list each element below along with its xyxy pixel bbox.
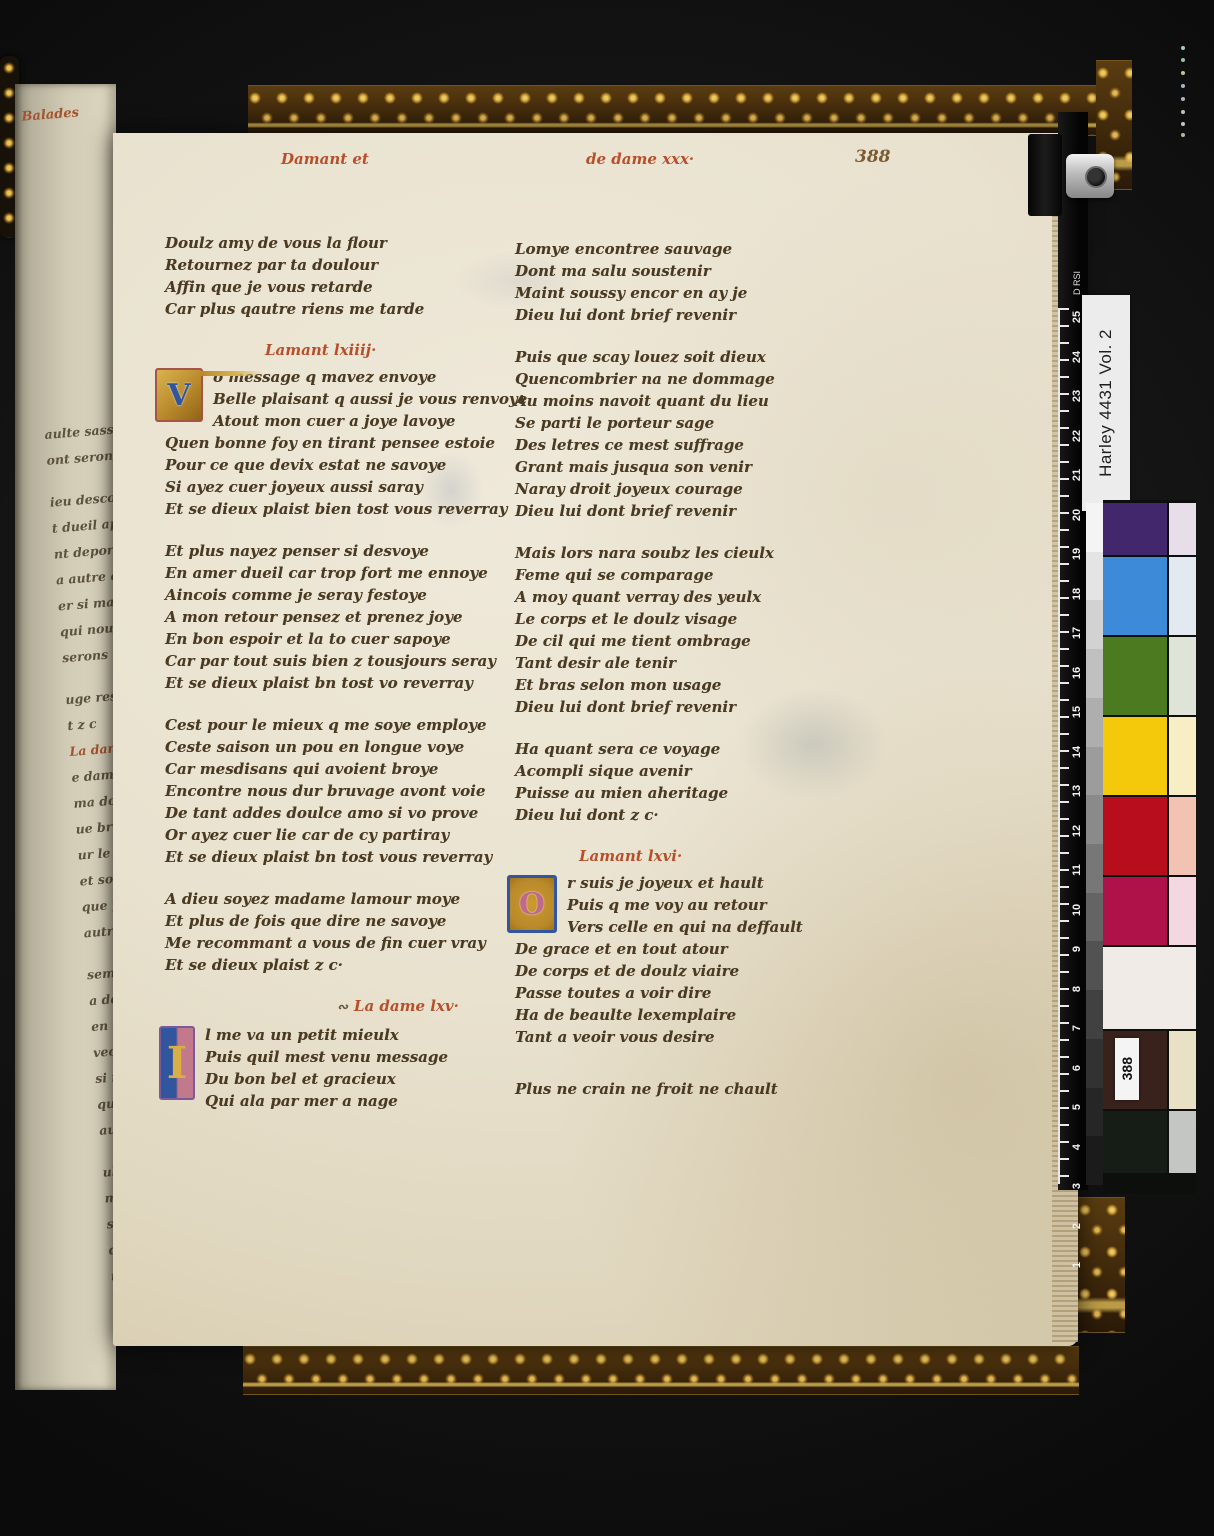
- verse-line: Dieu lui dont brief revenir: [515, 500, 907, 522]
- verse-line: Ha quant sera ce voyage: [515, 738, 907, 760]
- verse-line: Pour ce que devix estat ne savoye: [165, 454, 513, 476]
- ruler-number: 2: [1072, 1222, 1082, 1228]
- verse-line: Ha de beaulte lexemplaire: [515, 1004, 907, 1026]
- illuminated-initial: V: [155, 368, 203, 422]
- grayscale-step: [1086, 600, 1103, 649]
- verse-line: Et se dieux plaist bn tost vous reverray: [165, 846, 513, 868]
- verse-line: Dont ma salu soustenir: [515, 260, 907, 282]
- color-patch-green-pale: [1169, 637, 1196, 715]
- stanza-body: Or suis je joyeux et haultPuis q me voy …: [515, 872, 907, 1048]
- color-patch-black-green-pale: [1169, 1111, 1196, 1173]
- stanza-body: Et plus nayez penser si desvoyeEn amer d…: [165, 540, 513, 694]
- grayscale-step: [1086, 698, 1103, 747]
- verse-line: Maint soussy encor en ay je: [515, 282, 907, 304]
- rubric-label: Lamant lxvi·: [579, 847, 682, 865]
- verse-line: r suis je joyeux et hault: [515, 872, 907, 894]
- color-patch-row: [1103, 797, 1196, 875]
- ruler-number: 21: [1072, 469, 1082, 481]
- verse-line: Au moins navoit quant du lieu: [515, 390, 907, 412]
- verse-line: Si ayez cuer joyeux aussi saray: [165, 476, 513, 498]
- folio-tag-text: 388: [1119, 1057, 1135, 1080]
- verse-line: Plus ne crain ne froit ne chault: [515, 1078, 907, 1100]
- verse-line: Cest pour le mieux q me soye employe: [165, 714, 513, 736]
- grayscale-step: [1086, 990, 1103, 1039]
- color-patch-blue: [1103, 557, 1167, 635]
- ruler-number: 23: [1072, 390, 1082, 402]
- verse-line: Se parti le porteur sage: [515, 412, 907, 434]
- shelfmark-text: Harley 4431 Vol. 2: [1096, 329, 1116, 477]
- verse-line: Quen bonne foy en tirant pensee estoie: [165, 432, 513, 454]
- grayscale-step: [1086, 552, 1103, 601]
- ruler-number: 8: [1072, 985, 1082, 991]
- sparkle-dot: [1181, 97, 1185, 101]
- verse-line: Et bras selon mon usage: [515, 674, 907, 696]
- shelfmark-label: Harley 4431 Vol. 2: [1082, 295, 1130, 511]
- verse-line: De corps et de doulz viaire: [515, 960, 907, 982]
- verse-line: A mon retour pensez et prenez joye: [165, 606, 513, 628]
- verse-line: Belle plaisant q aussi je vous renvoye: [165, 388, 513, 410]
- ruler-brand-text: D RSI: [1072, 275, 1082, 295]
- facing-page-edge: Balades aulte sassembleont serons nous e…: [15, 84, 116, 1390]
- sparkle-dot: [1181, 71, 1185, 75]
- stanza-body: Doulz amy de vous la flourRetournez par …: [165, 232, 513, 320]
- ruler-number: 15: [1072, 706, 1082, 718]
- grayscale-strip: [1086, 503, 1103, 1185]
- verso-running-title: Balades: [21, 97, 116, 125]
- ruler-number: 16: [1072, 666, 1082, 678]
- verse-line: Quencombrier na ne dommage: [515, 368, 907, 390]
- grayscale-step: [1086, 941, 1103, 990]
- verse-line: A dieu soyez madame lamour moye: [165, 888, 513, 910]
- rubric-label: Lamant lxiiij·: [265, 341, 376, 359]
- verse-line: Encontre nous dur bruvage avont voie: [165, 780, 513, 802]
- grayscale-step: [1086, 649, 1103, 698]
- verse-line: Dieu lui dont z c·: [515, 804, 907, 826]
- sparkle-dot: [1181, 110, 1185, 114]
- sparkle-dot: [1181, 46, 1185, 50]
- ruler-number: 13: [1072, 785, 1082, 797]
- verse-line: Or ayez cuer lie car de cy partiray: [165, 824, 513, 846]
- stanza: Ha quant sera ce voyageAcompli sique ave…: [515, 738, 907, 826]
- stanza: A dieu soyez madame lamour moyeEt plus d…: [165, 888, 513, 976]
- stanza: ∾La dame lxv·Il me va un petit mieulxPui…: [165, 996, 513, 1112]
- verse-line: En amer dueil car trop fort me ennoye: [165, 562, 513, 584]
- verse-line: Car plus qautre riens me tarde: [165, 298, 513, 320]
- manuscript-photograph: Balades aulte sassembleont serons nous e…: [0, 0, 1214, 1536]
- stanza: Doulz amy de vous la flourRetournez par …: [165, 232, 513, 320]
- running-title-left: Damant et: [281, 150, 369, 168]
- verso-line: aulte sassemble: [44, 409, 116, 448]
- verse-line: Retournez par ta doulour: [165, 254, 513, 276]
- grayscale-step: [1086, 844, 1103, 893]
- rubric-label: La dame lxv·: [354, 997, 459, 1015]
- verse-line: Et se dieux plaist bn tost vo reverray: [165, 672, 513, 694]
- grayscale-step: [1086, 1039, 1103, 1088]
- stanza-body: Ha quant sera ce voyageAcompli sique ave…: [515, 738, 907, 826]
- folio-number: 388: [855, 147, 891, 167]
- ruler-number: 12: [1072, 824, 1082, 836]
- color-patch-row: [1103, 947, 1196, 1029]
- sparkle-dot: [1181, 122, 1185, 126]
- color-patch-yellow-pale: [1169, 717, 1196, 795]
- ruler-number: 22: [1072, 429, 1082, 441]
- color-patch-blue-pale: [1169, 557, 1196, 635]
- verse-line: o message q mavez envoye: [165, 366, 513, 388]
- grayscale-step: [1086, 795, 1103, 844]
- color-patch-row: [1103, 717, 1196, 795]
- color-patch-crimson-pale: [1169, 877, 1196, 945]
- verse-line: Puisse au mien aheritage: [515, 782, 907, 804]
- illuminated-initial: I: [159, 1026, 195, 1100]
- stanza-body: A dieu soyez madame lamour moyeEt plus d…: [165, 888, 513, 976]
- stanza: Lamant lxiiij·Vo message q mavez envoyeB…: [165, 340, 513, 520]
- folio-tag-label: 388: [1115, 1038, 1139, 1100]
- text-column-right: Lomye encontree sauvageDont ma salu sous…: [515, 238, 907, 1120]
- verse-line: Grant mais jusqua son venir: [515, 456, 907, 478]
- verse-line: l me va un petit mieulx: [165, 1024, 513, 1046]
- illuminated-initial: O: [507, 875, 557, 933]
- gilt-border-bottom: [243, 1346, 1079, 1395]
- color-patch-row: 388: [1103, 1031, 1196, 1109]
- verse-line: Des letres ce mest suffrage: [515, 434, 907, 456]
- verse-line: Atout mon cuer a joye lavoye: [165, 410, 513, 432]
- ruler-number: 14: [1072, 745, 1082, 757]
- verse-line: Affin que je vous retarde: [165, 276, 513, 298]
- verse-line: Et plus nayez penser si desvoye: [165, 540, 513, 562]
- verse-line: En bon espoir et la to cuer sapoye: [165, 628, 513, 650]
- grayscale-step: [1086, 503, 1103, 552]
- ruler-number: 18: [1072, 587, 1082, 599]
- grayscale-step: [1086, 893, 1103, 942]
- calibration-ruler: D RSI 2524232221201918171615141312111098…: [1058, 112, 1088, 1190]
- text-column-left: Doulz amy de vous la flourRetournez par …: [165, 232, 513, 1132]
- stanza-body: Il me va un petit mieulxPuis quil mest v…: [165, 1024, 513, 1112]
- stanza-body: Vo message q mavez envoyeBelle plaisant …: [165, 366, 513, 520]
- black-clip: [1028, 134, 1062, 216]
- color-patch-row: [1103, 1111, 1196, 1173]
- verse-line: Tant a veoir vous desire: [515, 1026, 907, 1048]
- verse-line: Ceste saison un pou en longue voye: [165, 736, 513, 758]
- verse-line: Du bon bel et gracieux: [165, 1068, 513, 1090]
- verse-line: Vers celle en qui na deffault: [515, 916, 907, 938]
- stanza: Plus ne crain ne froit ne chault: [515, 1078, 907, 1100]
- stanza-body: Puis que scay louez soit dieuxQuencombri…: [515, 346, 907, 522]
- ruler-number: 9: [1072, 946, 1082, 952]
- ruler-number: 10: [1072, 903, 1082, 915]
- verse-line: Naray droit joyeux courage: [515, 478, 907, 500]
- color-patch-row: [1103, 557, 1196, 635]
- verse-line: Feme qui se comparage: [515, 564, 907, 586]
- sparkle-dot: [1181, 58, 1185, 62]
- grayscale-step: [1086, 1136, 1103, 1185]
- ruler-number: 11: [1072, 864, 1082, 876]
- sparkle-dot: [1181, 133, 1185, 137]
- verse-line: Et se dieux plaist z c·: [165, 954, 513, 976]
- ruler-number: 7: [1072, 1025, 1082, 1031]
- verse-line: Puis q me voy au retour: [515, 894, 907, 916]
- ruler-number: 17: [1072, 627, 1082, 639]
- rubric: ∾La dame lxv·: [337, 996, 513, 1018]
- clip-hole: [1085, 166, 1107, 188]
- verse-line: Aincois comme je seray festoye: [165, 584, 513, 606]
- color-patch-red: [1103, 797, 1167, 875]
- color-patch-green: [1103, 637, 1167, 715]
- verse-line: Dieu lui dont brief revenir: [515, 304, 907, 326]
- ruler-number: 1: [1072, 1262, 1082, 1268]
- verso-lines: aulte sassembleont serons nous ensemblei…: [44, 409, 116, 1341]
- stanza-body: Cest pour le mieux q me soye employeCest…: [165, 714, 513, 868]
- color-patch-row: [1103, 503, 1196, 555]
- verse-line: Puis quil mest venu message: [165, 1046, 513, 1068]
- stanza: Mais lors nara soubz les cieulxFeme qui …: [515, 542, 907, 718]
- color-patch-row: [1103, 637, 1196, 715]
- ruler-number: 25: [1072, 311, 1082, 323]
- grayscale-step: [1086, 1088, 1103, 1137]
- verse-line: De cil qui me tient ombrage: [515, 630, 907, 652]
- sparkle-dot: [1181, 84, 1185, 88]
- verse-line: Dieu lui dont brief revenir: [515, 696, 907, 718]
- ruler-number: 6: [1072, 1064, 1082, 1070]
- verse-line: Et plus de fois que dire ne savoye: [165, 910, 513, 932]
- verse-line: Et se dieux plaist bien tost vous reverr…: [165, 498, 513, 520]
- stanza: Et plus nayez penser si desvoyeEn amer d…: [165, 540, 513, 694]
- grayscale-step: [1086, 747, 1103, 796]
- verse-line: De tant addes doulce amo si vo prove: [165, 802, 513, 824]
- running-title-center: de dame xxx·: [586, 150, 694, 168]
- verse-line: Passe toutes a voir dire: [515, 982, 907, 1004]
- stanza: Cest pour le mieux q me soye employeCest…: [165, 714, 513, 868]
- verse-line: Car par tout suis bien z tousjours seray: [165, 650, 513, 672]
- color-patch-yellow: [1103, 717, 1167, 795]
- verse-line: Me recommant a vous de fin cuer vray: [165, 932, 513, 954]
- ruler-number: 19: [1072, 548, 1082, 560]
- color-patch-row: [1103, 877, 1196, 945]
- verse-line: Tant desir ale tenir: [515, 652, 907, 674]
- stanza-body: Lomye encontree sauvageDont ma salu sous…: [515, 238, 907, 326]
- gilt-border-top: [248, 85, 1100, 136]
- color-patch-strip: 388: [1103, 500, 1196, 1194]
- verse-line: A moy quant verray des yeulx: [515, 586, 907, 608]
- color-patch-white: [1103, 947, 1196, 1029]
- color-patch-purple-pale: [1169, 503, 1196, 555]
- verse-line: Qui ala par mer a nage: [165, 1090, 513, 1112]
- verse-line: Acompli sique avenir: [515, 760, 907, 782]
- verse-line: De grace et en tout atour: [515, 938, 907, 960]
- ruler-number: 5: [1072, 1104, 1082, 1110]
- stanza: Lomye encontree sauvageDont ma salu sous…: [515, 238, 907, 326]
- stanza: Lamant lxvi·Or suis je joyeux et haultPu…: [515, 846, 907, 1048]
- color-patch-red-pale: [1169, 797, 1196, 875]
- rubric: Lamant lxiiij·: [265, 340, 513, 360]
- stanza-body: Mais lors nara soubz les cieulxFeme qui …: [515, 542, 907, 718]
- color-patch-purple: [1103, 503, 1167, 555]
- paraph-mark: ∾: [337, 1000, 348, 1015]
- verse-line: Mais lors nara soubz les cieulx: [515, 542, 907, 564]
- metal-clip: [1066, 154, 1114, 198]
- stanza-body: Plus ne crain ne froit ne chault: [515, 1078, 907, 1100]
- color-patch-black-green: [1103, 1111, 1167, 1173]
- rubric: Lamant lxvi·: [579, 846, 907, 866]
- verse-line: Le corps et le doulz visage: [515, 608, 907, 630]
- verse-line: Puis que scay louez soit dieux: [515, 346, 907, 368]
- color-patch-crimson: [1103, 877, 1167, 945]
- ruler-number: 24: [1072, 350, 1082, 362]
- manuscript-page: Damant et de dame xxx· 388 Doulz amy de …: [113, 133, 1078, 1346]
- facing-page-text: Balades aulte sassembleont serons nous e…: [19, 97, 116, 1342]
- stanza: Puis que scay louez soit dieuxQuencombri…: [515, 346, 907, 522]
- color-patch-brown-pale: [1169, 1031, 1196, 1109]
- ruler-number: 4: [1072, 1143, 1082, 1149]
- ruler-number: 20: [1072, 508, 1082, 520]
- verse-line: Car mesdisans qui avoient broye: [165, 758, 513, 780]
- verse-line: Doulz amy de vous la flour: [165, 232, 513, 254]
- verse-line: Lomye encontree sauvage: [515, 238, 907, 260]
- ruler-number: 3: [1072, 1183, 1082, 1189]
